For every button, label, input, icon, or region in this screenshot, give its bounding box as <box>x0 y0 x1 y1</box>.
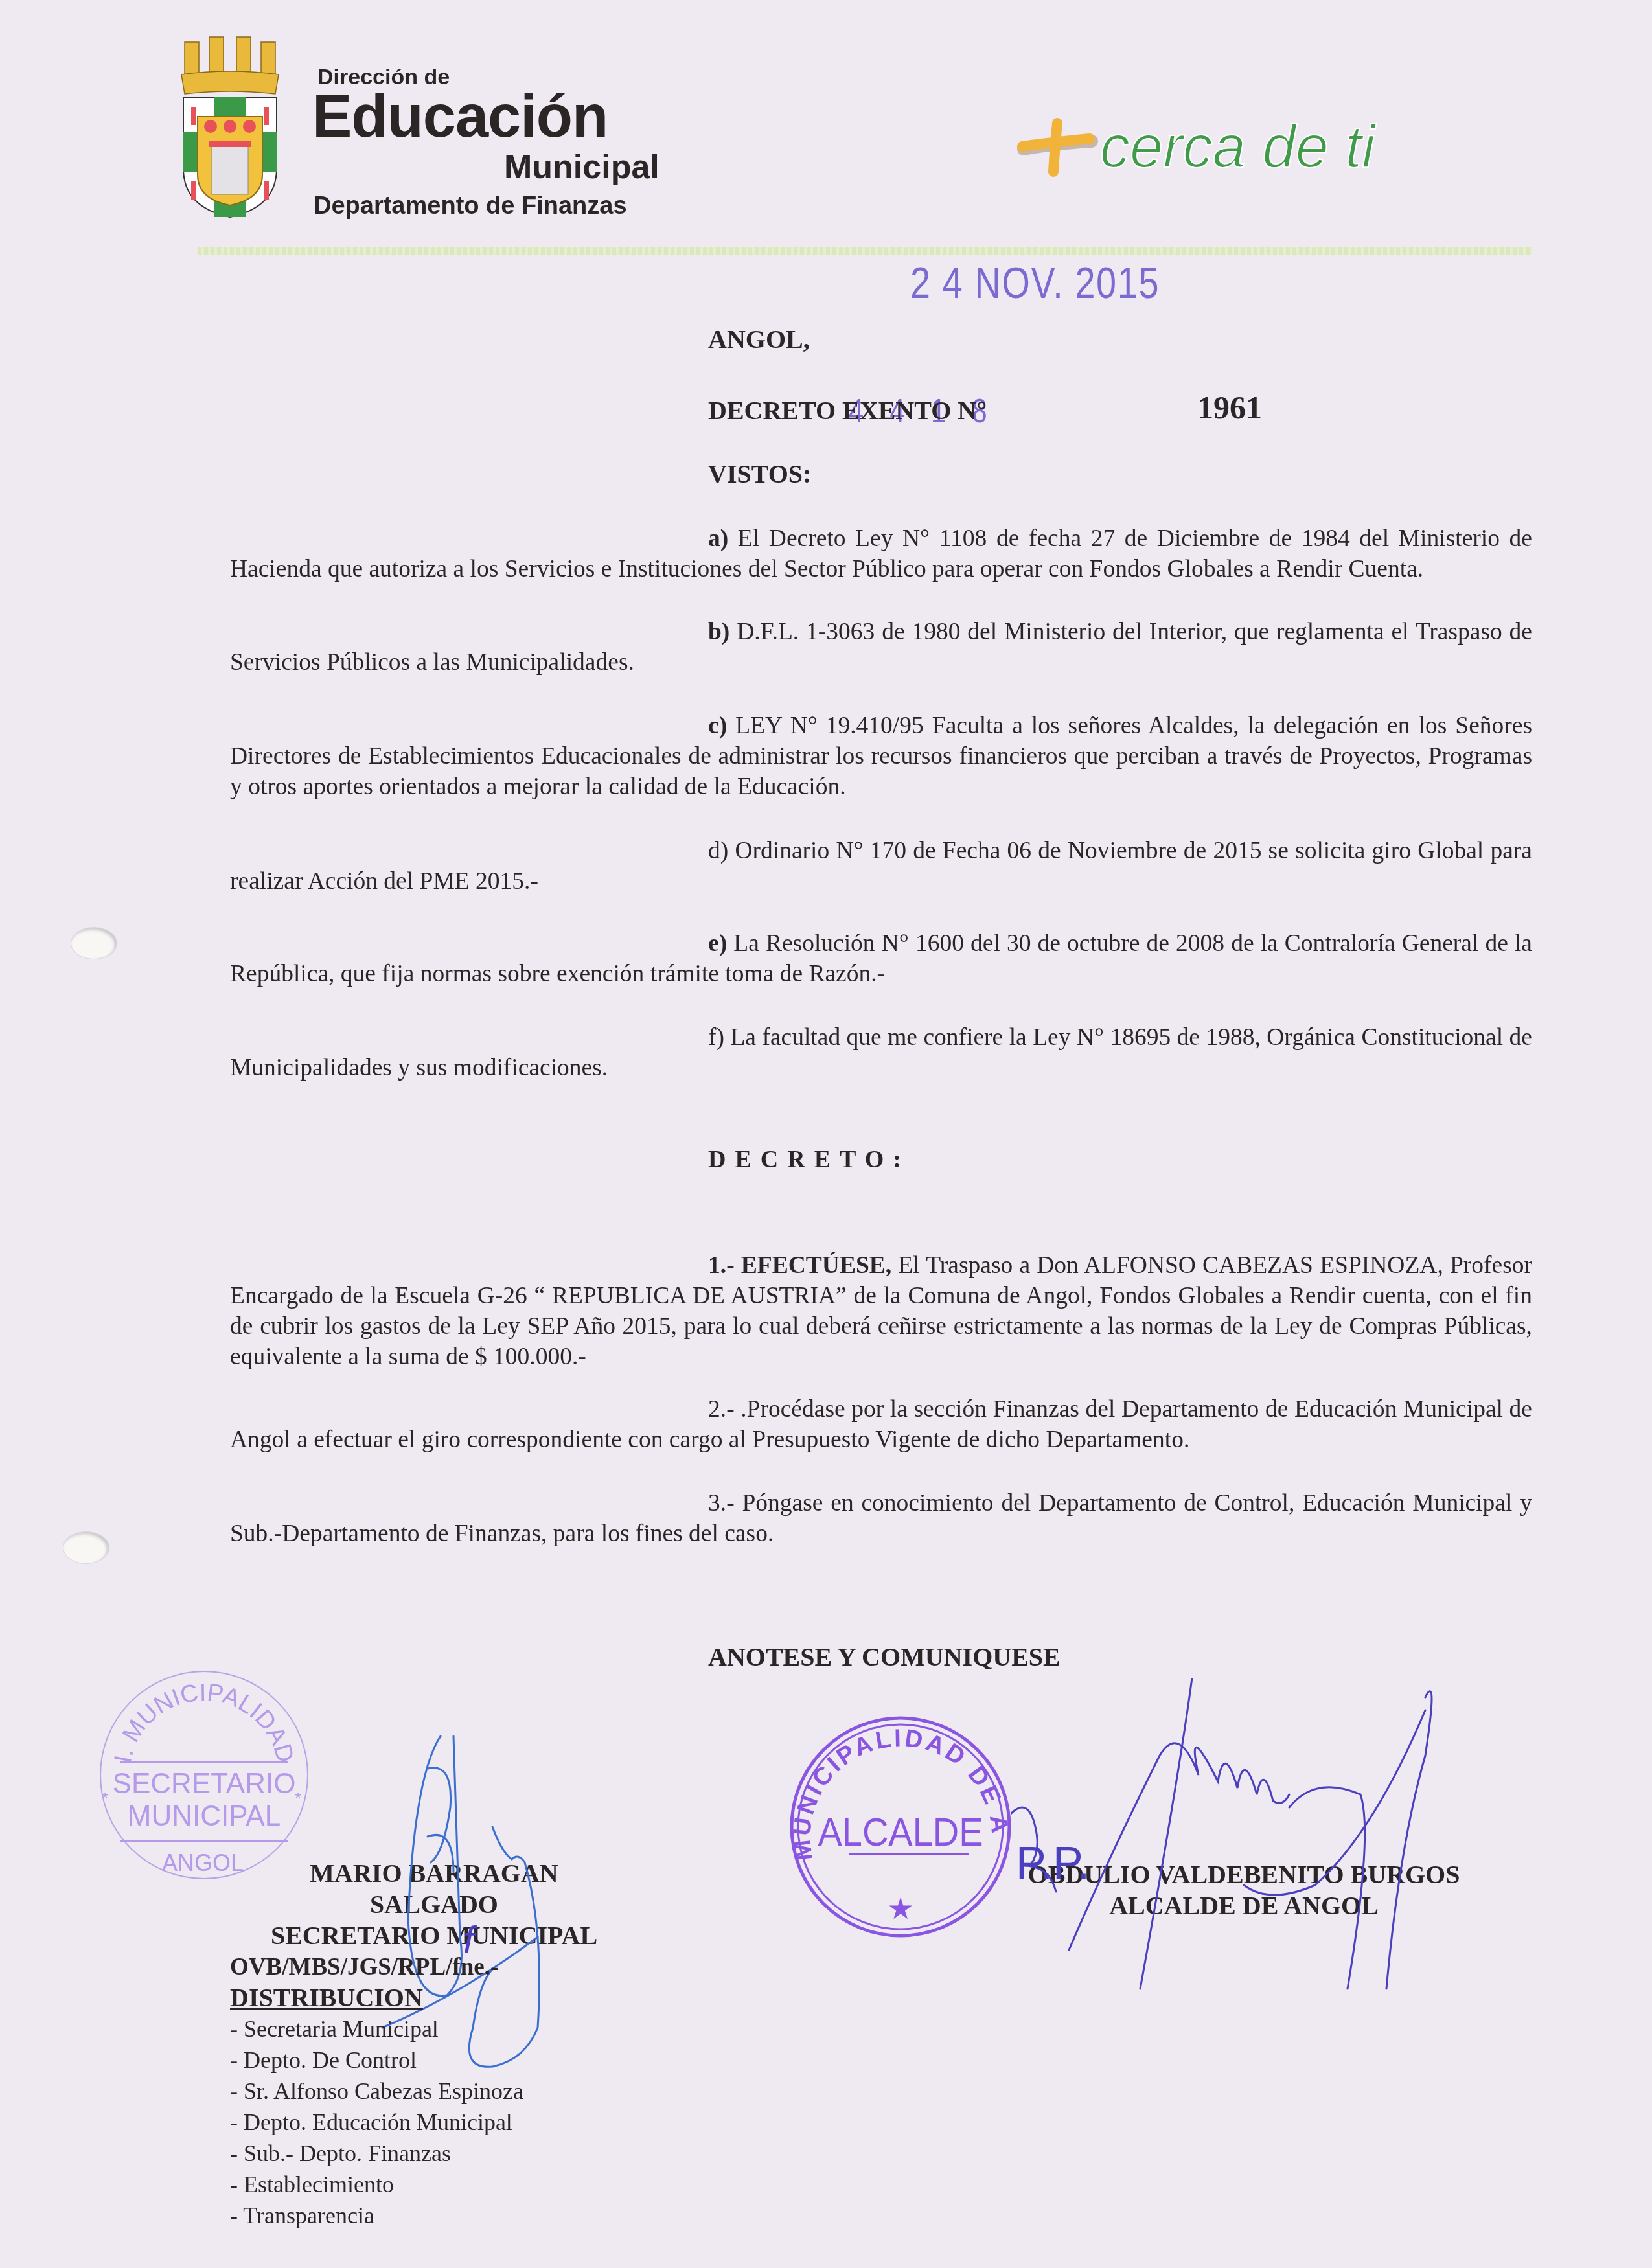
punch-hole <box>71 928 117 959</box>
distribution-item: - Depto. De Control <box>230 2045 523 2076</box>
reference-initials: OVB/MBS/JGS/RPL/fne.- <box>230 1953 498 1981</box>
logo-title: Educación <box>312 83 608 151</box>
svg-text:cerca de ti: cerca de ti <box>1100 114 1377 180</box>
svg-text:I. MUNICIPALIDAD: I. MUNICIPALIDAD <box>109 1679 299 1765</box>
visto-a: a) El Decreto Ley N° 1108 de fecha 27 de… <box>230 523 1532 584</box>
distribution-item: - Depto. Educación Municipal <box>230 2107 523 2138</box>
logo-department: Departamento de Finanzas <box>314 192 627 220</box>
svg-text:MUNICIPAL: MUNICIPAL <box>128 1800 281 1832</box>
city-label: ANGOL, <box>708 324 810 354</box>
decree-label: DECRETO EXENTO N° <box>708 395 987 426</box>
distribution-item: - Transparencia <box>230 2200 523 2231</box>
visto-f: f) La facultad que me confiere la Ley N°… <box>230 1022 1532 1083</box>
vistos-heading: VISTOS: <box>708 459 811 489</box>
distribution-item: - Secretaria Municipal <box>230 2013 523 2045</box>
closing-formula: ANOTESE Y COMUNIQUESE <box>708 1642 1061 1672</box>
svg-text:ANGOL: ANGOL <box>162 1850 244 1876</box>
slogan-logo: cerca de ti <box>1017 97 1419 188</box>
visto-d: d) Ordinario N° 170 de Fecha 06 de Novie… <box>230 836 1532 897</box>
distribution-item: - Sub.- Depto. Finanzas <box>230 2138 523 2169</box>
mayor-handwritten-signature: P.P. <box>1011 1678 1477 2002</box>
article-3: 3.- Póngase en conocimiento del Departam… <box>230 1488 1532 1549</box>
mayor-stamp: MUNICIPALIDAD DE ANGOL ALCALDE ★ <box>784 1710 1017 1943</box>
pp-prefix: P.P. <box>1016 1838 1090 1888</box>
logo-line3: Municipal <box>504 148 660 187</box>
distribution-item: - Sr. Alfonso Cabezas Espinoza <box>230 2076 523 2107</box>
visto-c: c) LEY N° 19.410/95 Faculta a los señore… <box>230 711 1532 802</box>
article-1: 1.- EFECTÚESE, El Traspaso a Don ALFONSO… <box>230 1250 1532 1372</box>
decree-number: 1961 <box>1197 389 1262 426</box>
punch-hole <box>63 1532 109 1563</box>
svg-text:*: * <box>295 1789 301 1808</box>
svg-text:*: * <box>102 1789 108 1808</box>
visto-b: b) D.F.L. 1-3063 de 1980 del Ministerio … <box>230 617 1532 678</box>
svg-text:ALCALDE: ALCALDE <box>818 1811 983 1855</box>
plus-icon <box>1022 123 1092 172</box>
distribution-list: - Secretaria Municipal - Depto. De Contr… <box>230 2013 523 2231</box>
coat-of-arms-icon <box>178 29 282 220</box>
distribution-heading: DISTRIBUCION <box>230 1982 423 2013</box>
visto-e: e) La Resolución N° 1600 del 30 de octub… <box>230 928 1532 989</box>
svg-text:SECRETARIO: SECRETARIO <box>113 1768 296 1800</box>
decreto-heading: DECRETO: <box>708 1145 910 1174</box>
date-stamp: 2 4 NOV. 2015 <box>910 258 1160 308</box>
star-icon: ★ <box>887 1892 913 1925</box>
distribution-item: - Establecimiento <box>230 2169 523 2200</box>
header-separator <box>198 247 1532 255</box>
secretary-stamp: I. MUNICIPALIDAD SECRETARIO MUNICIPAL * … <box>94 1665 314 1885</box>
article-2: 2.- .Procédase por la sección Finanzas d… <box>230 1394 1532 1455</box>
